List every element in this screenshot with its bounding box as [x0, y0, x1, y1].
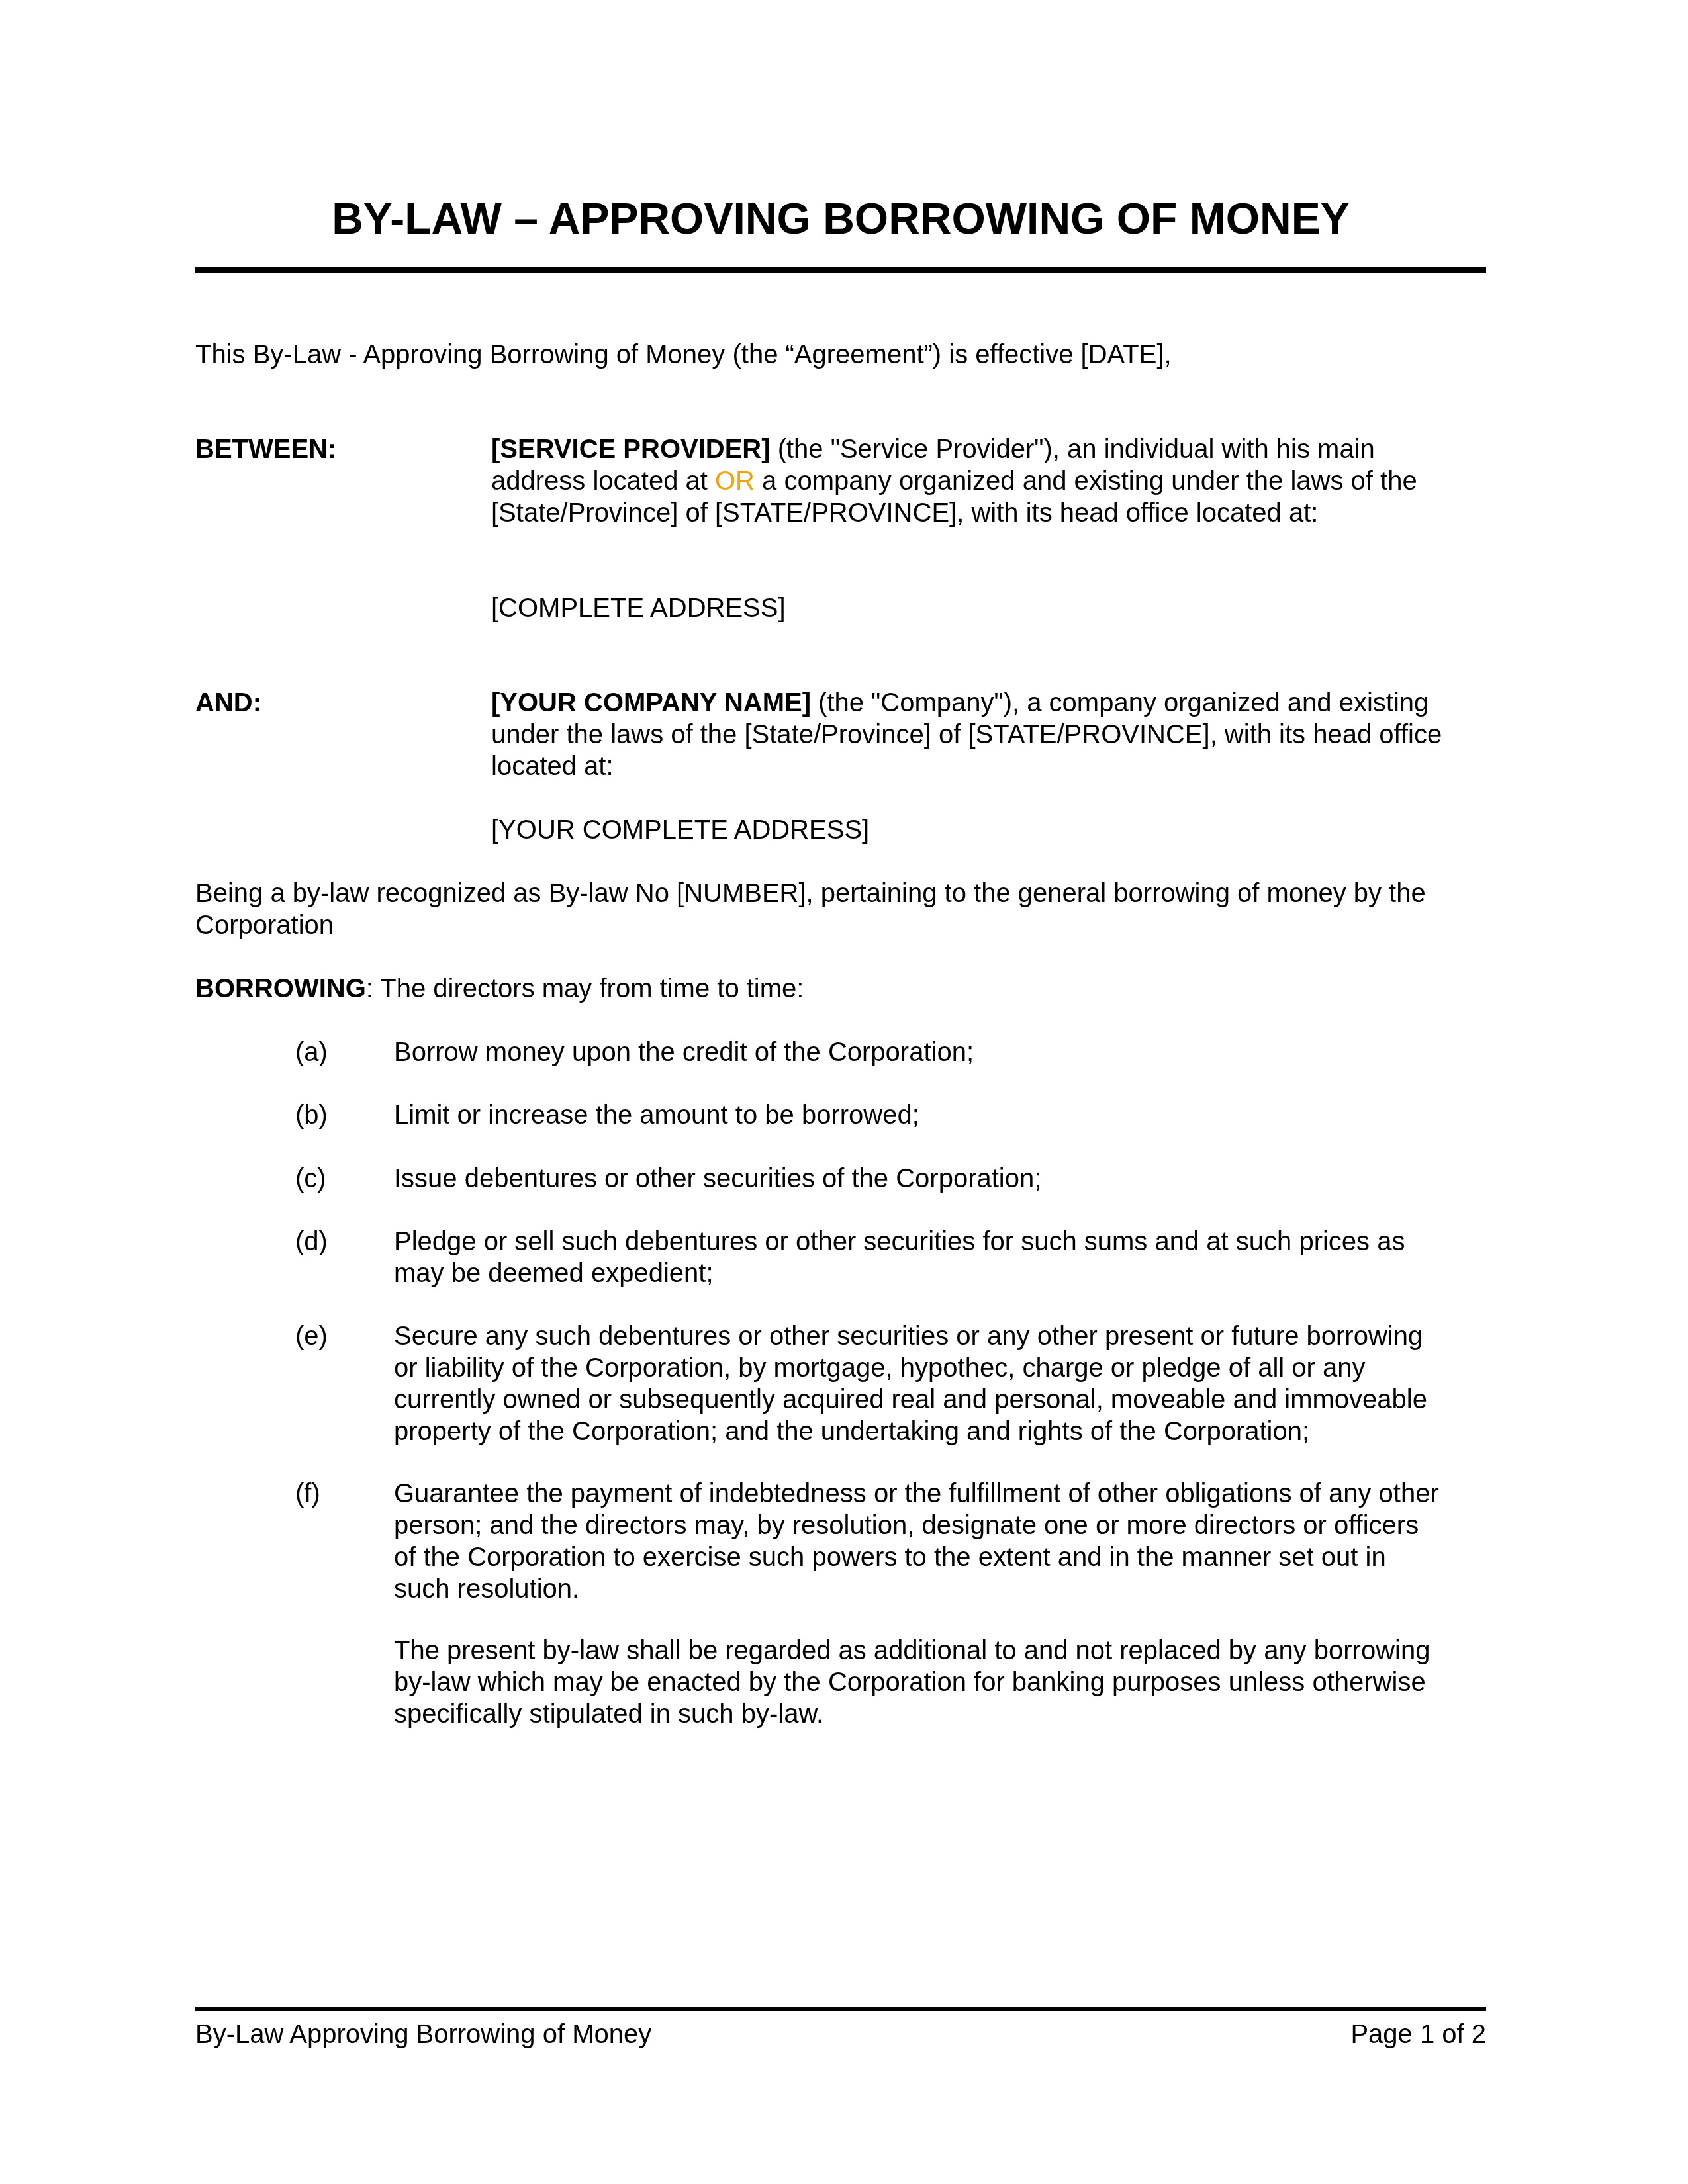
closing-line: The present by-law shall be regarded as …: [394, 1635, 1496, 1666]
between-party-line2: address located at OR a company organize…: [491, 465, 1497, 497]
intro-paragraph: This By-Law - Approving Borrowing of Mon…: [195, 339, 1493, 371]
and-party-line2: under the laws of the [State/Province] o…: [491, 719, 1497, 751]
service-provider-address: [COMPLETE ADDRESS]: [491, 592, 1497, 624]
and-party-line1: [YOUR COMPANY NAME] (the "Company"), a c…: [491, 687, 1497, 719]
list-item-letter: (a): [295, 1036, 328, 1068]
service-provider-name: [SERVICE PROVIDER]: [491, 435, 771, 464]
list-item-text: such resolution.: [394, 1573, 1496, 1605]
list-item-text: Guarantee the payment of indebtedness or…: [394, 1478, 1496, 1510]
and-line1-rest: (the "Company"), a company organized and…: [811, 688, 1429, 717]
footer-page-number: Page 1 of 2: [1350, 2019, 1486, 2050]
between-label: BETWEEN:: [195, 433, 336, 465]
list-item-text: person; and the directors may, by resolu…: [394, 1510, 1496, 1541]
closing-line: specifically stipulated in such by-law.: [394, 1698, 1496, 1730]
list-item-text: may be deemed expedient;: [394, 1257, 1496, 1289]
between-line1-rest: (the "Service Provider"), an individual …: [771, 435, 1375, 464]
document-page: BY-LAW – APPROVING BORROWING OF MONEY Th…: [0, 0, 1688, 2184]
list-item-text: of the Corporation to exercise such powe…: [394, 1541, 1496, 1573]
and-party-line3: located at:: [491, 751, 1497, 782]
list-item-letter: (e): [295, 1320, 328, 1352]
list-item-letter: (b): [295, 1099, 328, 1131]
closing-line: by-law which may be enacted by the Corpo…: [394, 1666, 1496, 1698]
footer-document-name: By-Law Approving Borrowing of Money: [195, 2019, 651, 2050]
recital-line1: Being a by-law recognized as By-law No […: [195, 878, 1493, 909]
list-item-text: Secure any such debentures or other secu…: [394, 1320, 1496, 1352]
list-item-letter: (f): [295, 1478, 320, 1510]
borrowing-label: BORROWING: [195, 974, 366, 1003]
list-item-text: property of the Corporation; and the und…: [394, 1416, 1496, 1447]
list-item-text: Pledge or sell such debentures or other …: [394, 1226, 1496, 1257]
list-item-text: or liability of the Corporation, by mort…: [394, 1352, 1496, 1384]
company-name: [YOUR COMPANY NAME]: [491, 688, 811, 717]
recital-line2: Corporation: [195, 909, 1493, 941]
and-label: AND:: [195, 687, 261, 719]
title-rule: [195, 267, 1486, 273]
list-item-text: currently owned or subsequently acquired…: [394, 1384, 1496, 1416]
borrowing-heading: BORROWING: The directors may from time t…: [195, 973, 1493, 1005]
company-address: [YOUR COMPLETE ADDRESS]: [491, 814, 1497, 846]
or-highlight: OR: [715, 467, 755, 496]
list-item-text: Issue debentures or other securities of …: [394, 1163, 1496, 1195]
footer-rule: [195, 2007, 1486, 2011]
document-title: BY-LAW – APPROVING BORROWING OF MONEY: [195, 192, 1486, 245]
list-item-text: Borrow money upon the credit of the Corp…: [394, 1036, 1496, 1068]
list-item-letter: (c): [295, 1163, 326, 1195]
list-item-letter: (d): [295, 1226, 328, 1257]
between-party-line3: [State/Province] of [STATE/PROVINCE], wi…: [491, 497, 1497, 529]
between-line2-pre: address located at: [491, 467, 715, 496]
between-line2-post: a company organized and existing under t…: [755, 467, 1417, 496]
borrowing-text: : The directors may from time to time:: [366, 974, 804, 1003]
list-item-text: Limit or increase the amount to be borro…: [394, 1099, 1496, 1131]
between-party-line1: [SERVICE PROVIDER] (the "Service Provide…: [491, 433, 1497, 465]
